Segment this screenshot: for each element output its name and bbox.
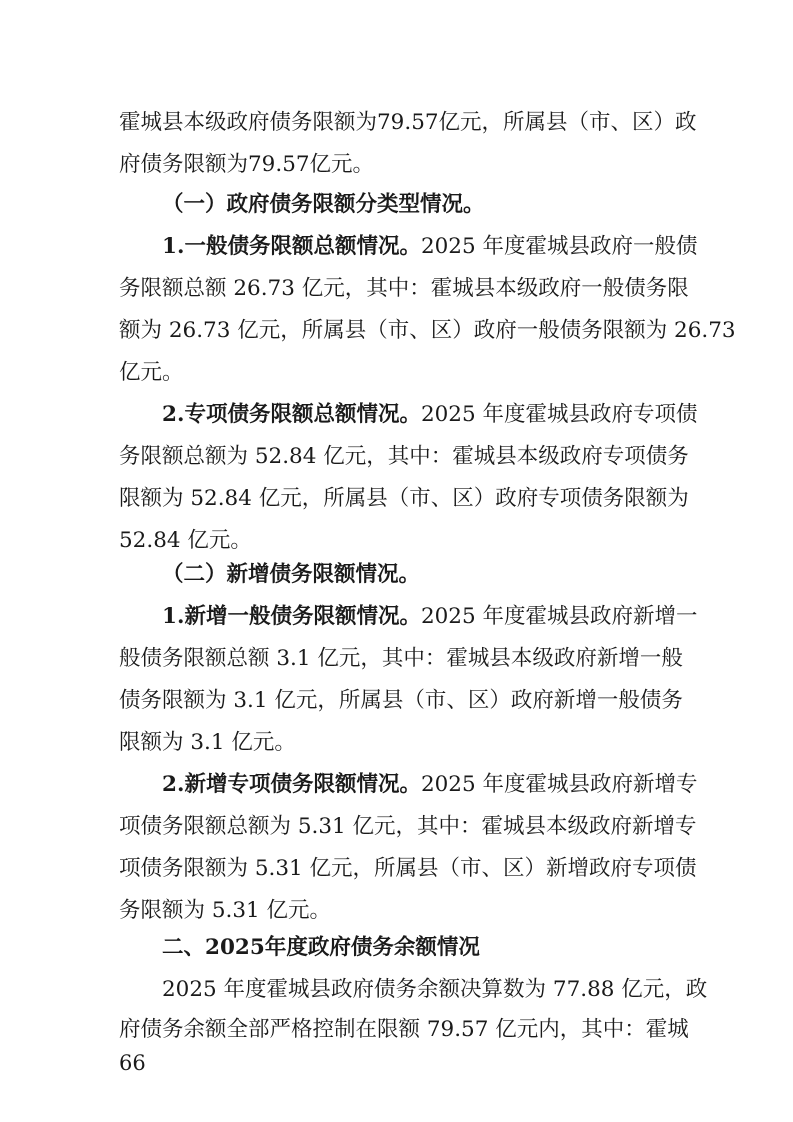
paragraph-line: 额为 26.73 亿元，所属县（市、区）政府一般债务限额为 26.73 — [119, 316, 675, 346]
paragraph-line: 亿元。 — [119, 358, 675, 388]
section-heading: （二）新增债务限额情况。 — [162, 560, 675, 590]
paragraph-line: 1.新增一般债务限额情况。2025 年度霍城县政府新增一 — [162, 602, 675, 632]
lead-heading: 2.专项债务限额总额情况。 — [162, 402, 421, 427]
paragraph-line: 限额为 3.1 亿元。 — [119, 728, 675, 758]
paragraph-line: 项债务限额为 5.31 亿元，所属县（市、区）新增政府专项债 — [119, 854, 675, 884]
paragraph-line: 52.84 亿元。 — [119, 526, 675, 556]
lead-heading: 2.新增专项债务限额情况。 — [162, 772, 421, 797]
paragraph-line: 2.专项债务限额总额情况。2025 年度霍城县政府专项债 — [162, 400, 675, 430]
paragraph-line: 务限额总额为 52.84 亿元，其中：霍城县本级政府专项债务 — [119, 442, 675, 472]
paragraph-line: 项债务限额总额为 5.31 亿元，其中：霍城县本级政府新增专 — [119, 812, 675, 842]
page-number: 66 — [119, 1048, 146, 1078]
paragraph-line: 债务限额为 3.1 亿元，所属县（市、区）政府新增一般债务 — [119, 686, 675, 716]
paragraph-line: 务限额为 5.31 亿元。 — [119, 896, 675, 926]
paragraph-line: 限额为 52.84 亿元，所属县（市、区）政府专项债务限额为 — [119, 484, 675, 514]
paragraph-line: 2.新增专项债务限额情况。2025 年度霍城县政府新增专 — [162, 770, 675, 800]
section-heading: （一）政府债务限额分类型情况。 — [162, 190, 675, 220]
paragraph-line: 2025 年度霍城县政府债务余额决算数为 77.88 亿元，政 — [162, 975, 675, 1005]
chapter-heading: 二、2025年度政府债务余额情况 — [162, 933, 675, 963]
paragraph-line: 府债务限额为79.57亿元。 — [119, 150, 675, 180]
paragraph-line: 霍城县本级政府债务限额为79.57亿元，所属县（市、区）政 — [119, 108, 675, 138]
paragraph-line: 务限额总额 26.73 亿元，其中：霍城县本级政府一般债务限 — [119, 274, 675, 304]
paragraph-line: 府债务余额全部严格控制在限额 79.57 亿元内，其中：霍城 — [119, 1015, 675, 1045]
lead-heading: 1.一般债务限额总额情况。 — [162, 234, 421, 259]
paragraph-line: 般债务限额总额 3.1 亿元，其中：霍城县本级政府新增一般 — [119, 644, 675, 674]
paragraph-line: 1.一般债务限额总额情况。2025 年度霍城县政府一般债 — [162, 232, 675, 262]
lead-heading: 1.新增一般债务限额情况。 — [162, 604, 421, 629]
